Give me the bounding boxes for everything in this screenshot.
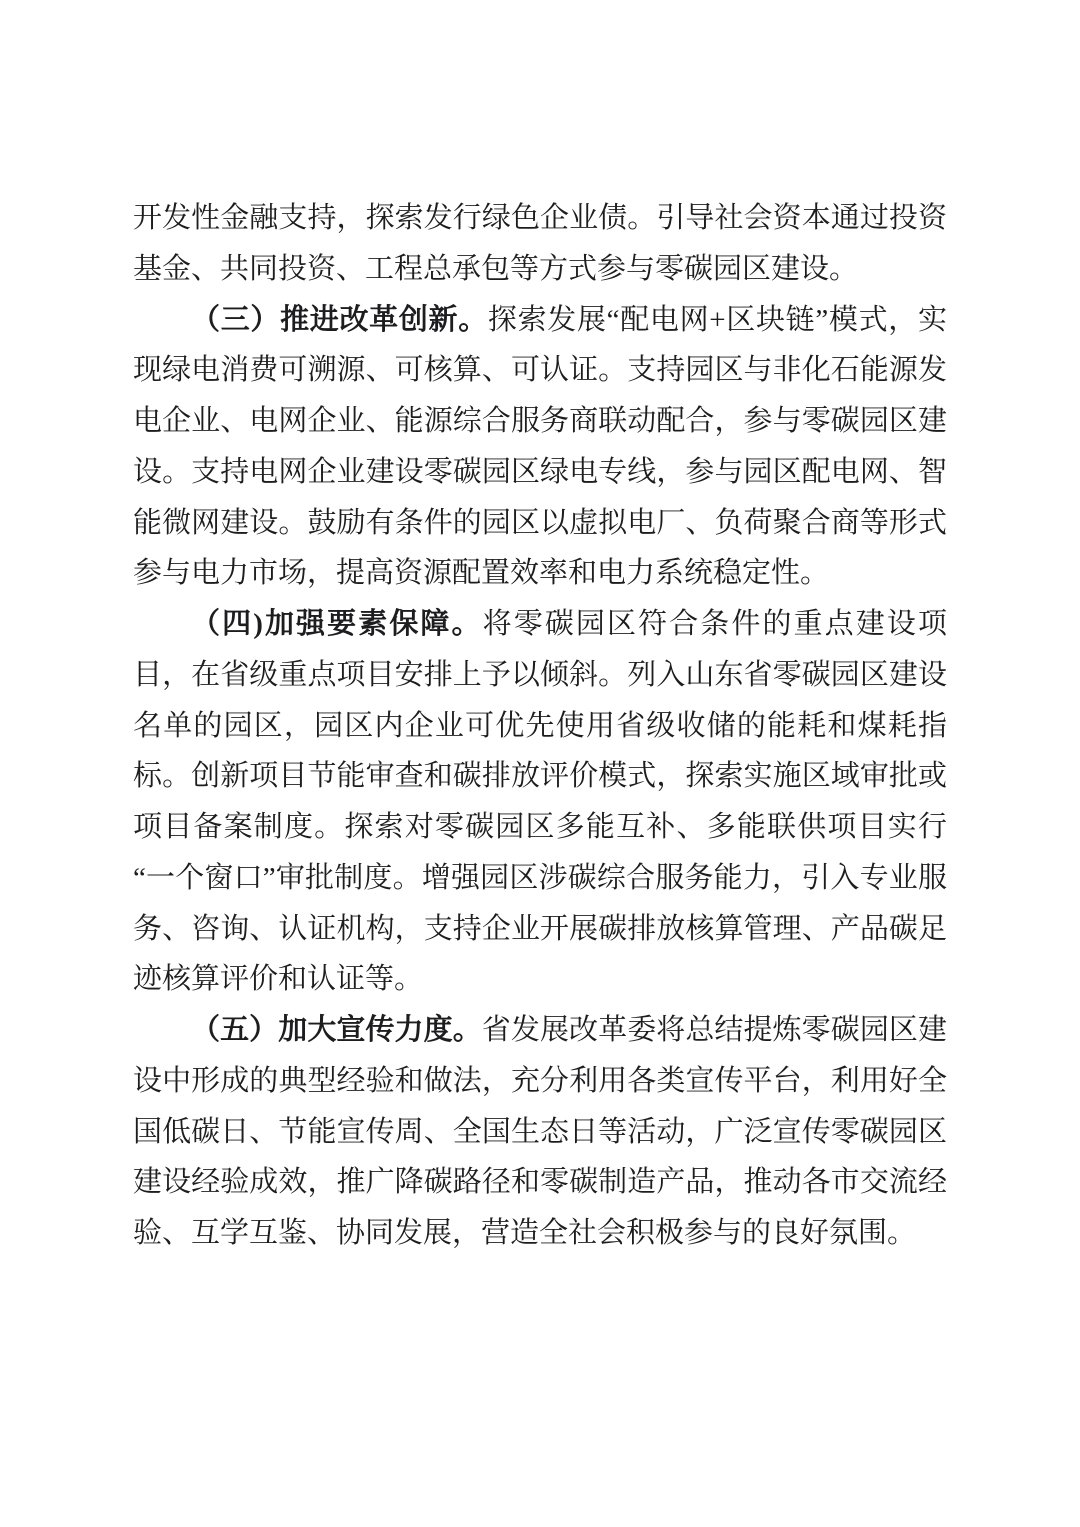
paragraph-body: 探索发展“配电网+区块链”模式，实现绿电消费可溯源、可核算、可认证。支持园区与非… (133, 304, 947, 590)
document-page: 开发性金融支持，探索发行绿色企业债。引导社会资本通过投资基金、共同投资、工程总承… (0, 0, 1080, 1527)
paragraph: （五）加大宣传力度。省发展改革委将总结提炼零碳园区建设中形成的典型经验和做法，充… (133, 1005, 947, 1259)
paragraph: （四)加强要素保障。将零碳园区符合条件的重点建设项目，在省级重点项目安排上予以倾… (133, 599, 947, 1005)
paragraph-heading: （五）加大宣传力度。 (191, 1014, 482, 1046)
paragraph-body: 将零碳园区符合条件的重点建设项目，在省级重点项目安排上予以倾斜。列入山东省零碳园… (133, 608, 947, 995)
paragraph: 开发性金融支持，探索发行绿色企业债。引导社会资本通过投资基金、共同投资、工程总承… (133, 193, 947, 295)
document-text-block: 开发性金融支持，探索发行绿色企业债。引导社会资本通过投资基金、共同投资、工程总承… (133, 193, 947, 1259)
paragraph-body: 开发性金融支持，探索发行绿色企业债。引导社会资本通过投资基金、共同投资、工程总承… (133, 202, 947, 285)
paragraph-heading: （三）推进改革创新。 (191, 304, 488, 336)
paragraph-heading: （四)加强要素保障。 (191, 608, 483, 640)
paragraph: （三）推进改革创新。探索发展“配电网+区块链”模式，实现绿电消费可溯源、可核算、… (133, 295, 947, 600)
paragraph-body: 省发展改革委将总结提炼零碳园区建设中形成的典型经验和做法，充分利用各类宣传平台，… (133, 1014, 947, 1249)
